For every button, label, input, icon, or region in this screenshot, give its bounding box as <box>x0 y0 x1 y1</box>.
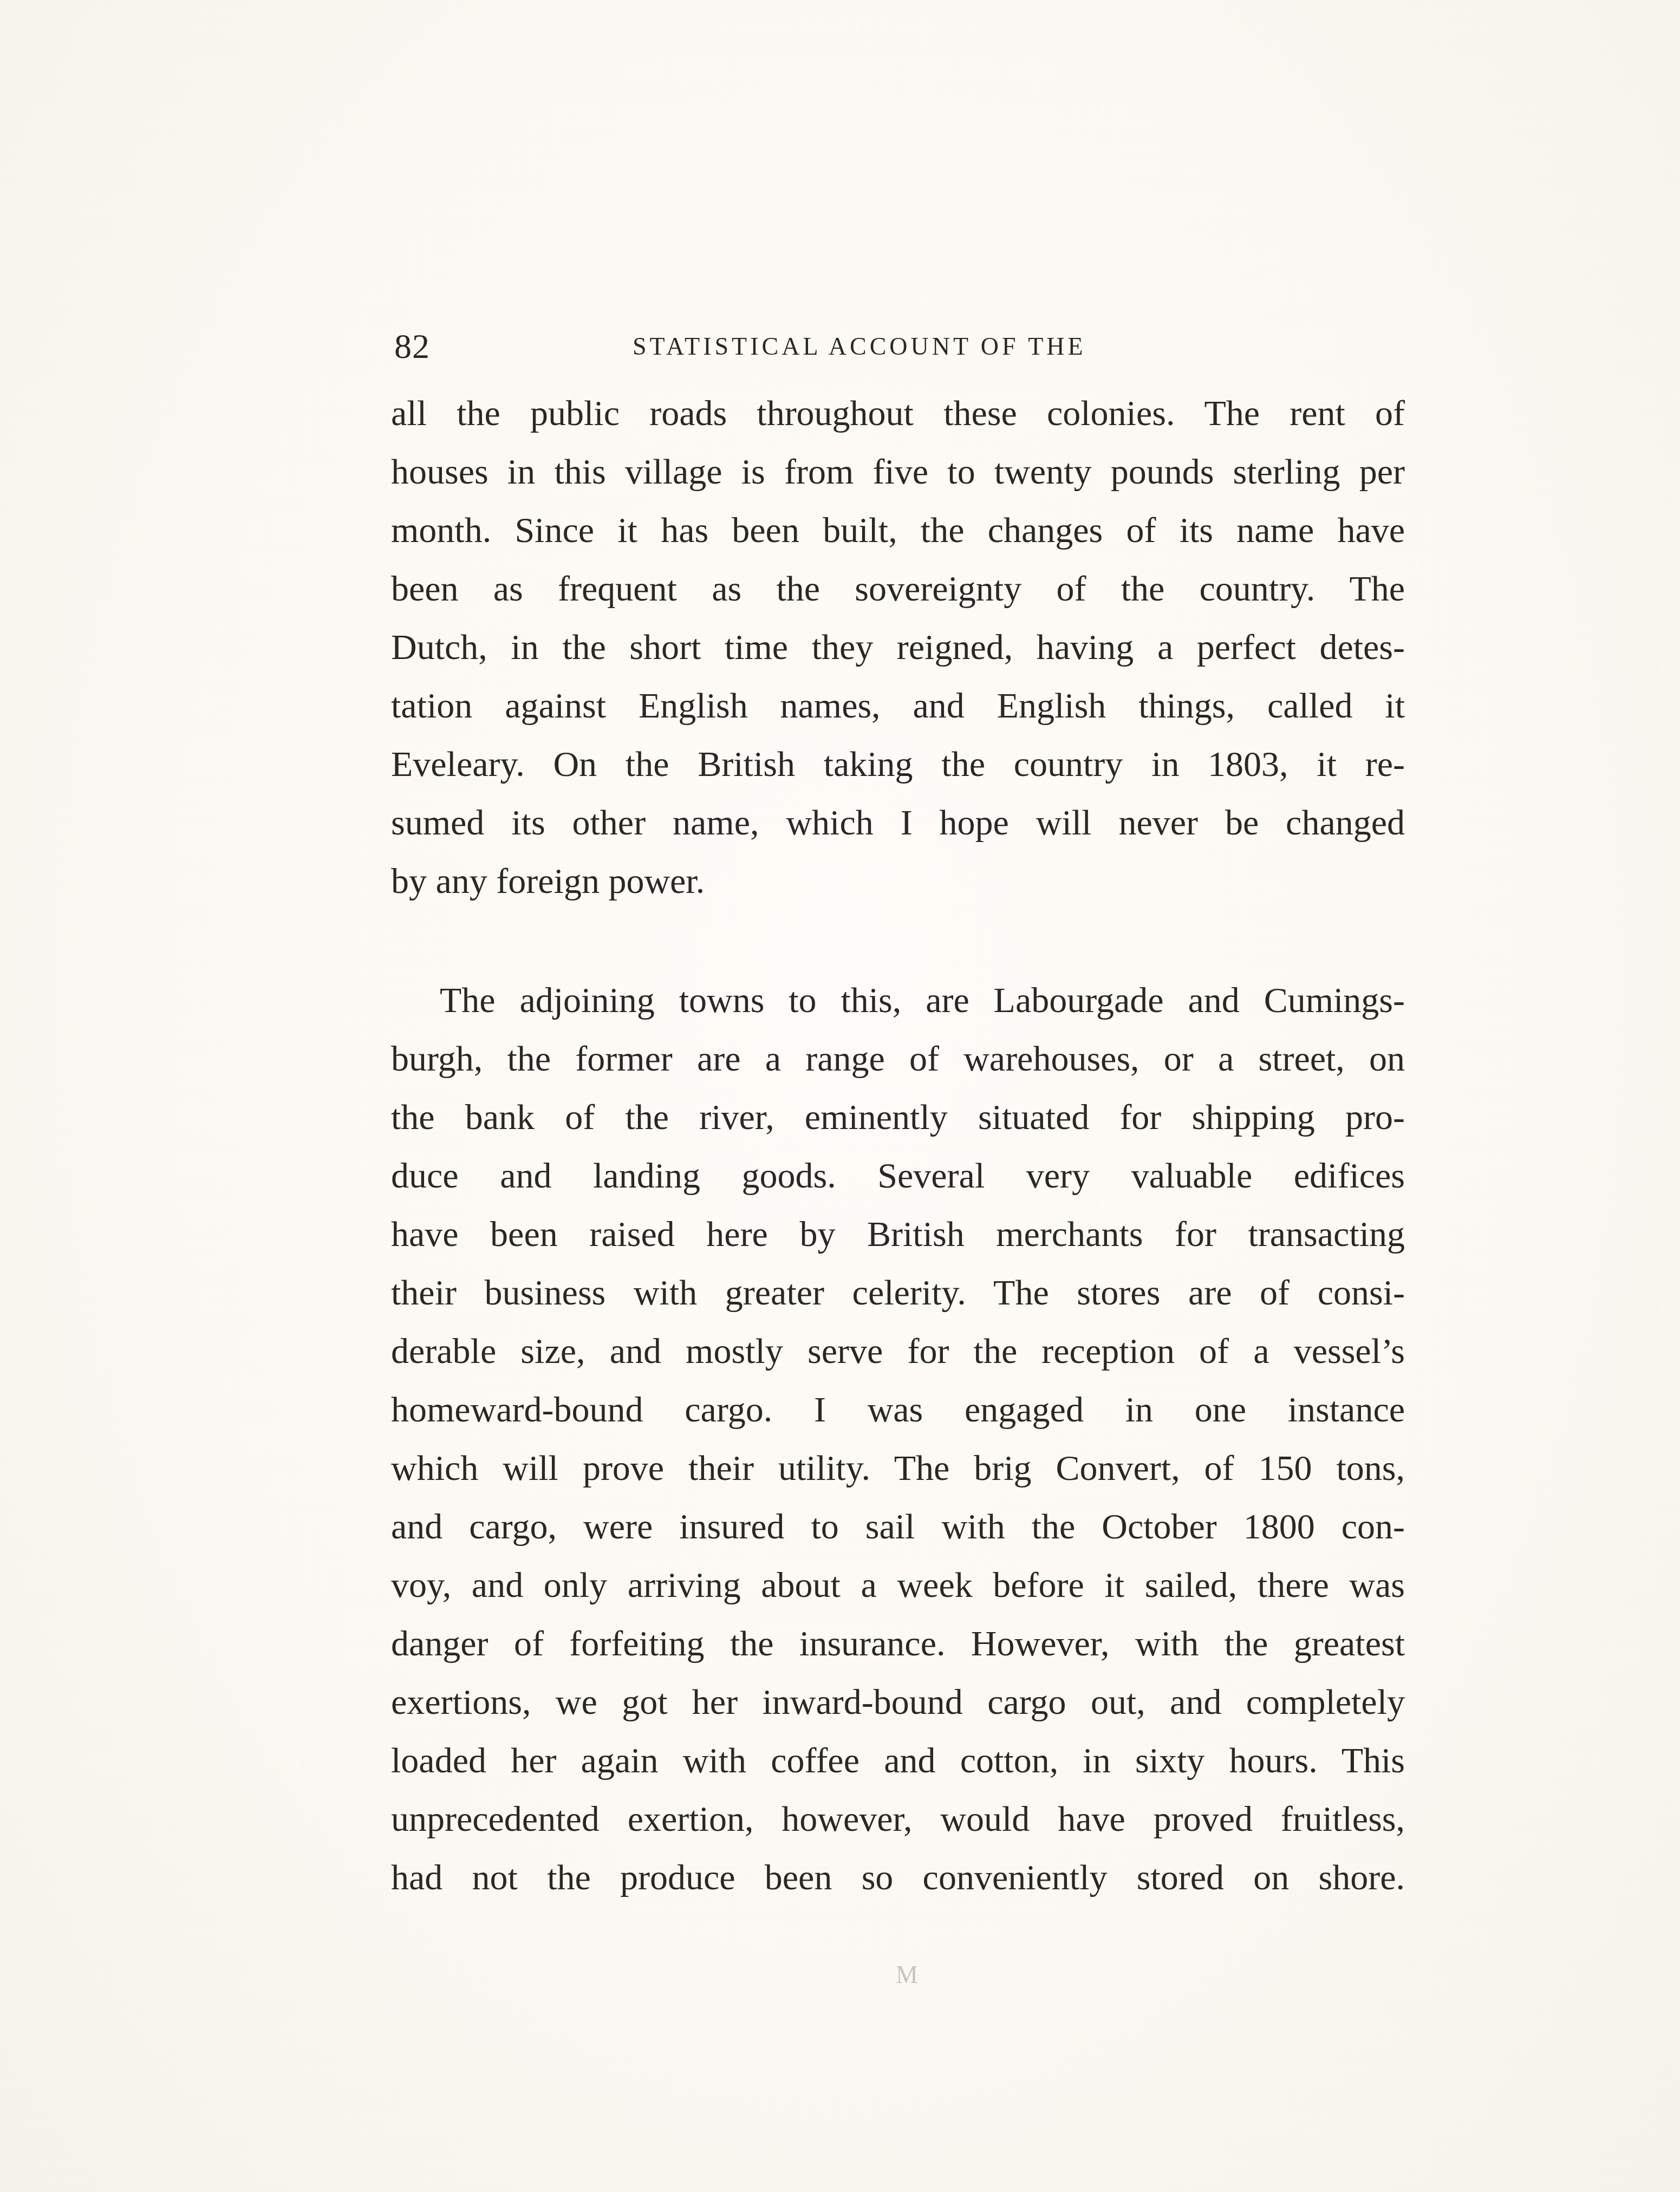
page-header: 82 STATISTICAL ACCOUNT OF THE <box>394 322 1402 371</box>
body-text: all the public roads throughout these co… <box>391 384 1405 1907</box>
paragraph-2: The adjoining towns to this, are Labourg… <box>391 971 1405 1907</box>
text-line: burgh, the former are a range of warehou… <box>391 1030 1405 1088</box>
running-head: STATISTICAL ACCOUNT OF THE <box>633 322 1086 371</box>
text-line: tation against English names, and Englis… <box>391 677 1405 735</box>
book-page: 82 STATISTICAL ACCOUNT OF THE all the pu… <box>0 0 1680 2192</box>
text-line: Dutch, in the short time they reigned, h… <box>391 618 1405 677</box>
text-line: have been raised here by British merchan… <box>391 1205 1405 1264</box>
text-line: unprecedented exertion, however, would h… <box>391 1790 1405 1849</box>
text-line: duce and landing goods. Several very val… <box>391 1147 1405 1205</box>
paragraph-gap <box>391 911 1405 971</box>
text-line: Eveleary. On the British taking the coun… <box>391 735 1405 794</box>
text-line: homeward-bound cargo. I was engaged in o… <box>391 1381 1405 1439</box>
text-line: The adjoining towns to this, are Labourg… <box>391 971 1405 1030</box>
text-line: danger of forfeiting the insurance. Howe… <box>391 1615 1405 1673</box>
text-line: been as frequent as the sovereignty of t… <box>391 560 1405 618</box>
page-number: 82 <box>394 322 430 371</box>
text-line: month. Since it has been built, the chan… <box>391 501 1405 560</box>
text-line: their business with greater celerity. Th… <box>391 1264 1405 1322</box>
text-line: voy, and only arriving about a week befo… <box>391 1556 1405 1615</box>
text-line: all the public roads throughout these co… <box>391 384 1405 443</box>
text-line: which will prove their utility. The brig… <box>391 1439 1405 1498</box>
text-line: the bank of the river, eminently situate… <box>391 1088 1405 1147</box>
text-line: houses in this village is from five to t… <box>391 443 1405 501</box>
text-line: sumed its other name, which I hope will … <box>391 794 1405 852</box>
text-line: had not the produce been so conveniently… <box>391 1849 1405 1907</box>
text-line: loaded her again with coffee and cotton,… <box>391 1732 1405 1790</box>
text-line: exertions, we got her inward-bound cargo… <box>391 1673 1405 1732</box>
text-line: derable size, and mostly serve for the r… <box>391 1322 1405 1381</box>
signature-mark: M <box>896 1960 918 1989</box>
text-line: and cargo, were insured to sail with the… <box>391 1498 1405 1556</box>
paragraph-1: all the public roads throughout these co… <box>391 384 1405 911</box>
text-line: by any foreign power. <box>391 852 1405 911</box>
